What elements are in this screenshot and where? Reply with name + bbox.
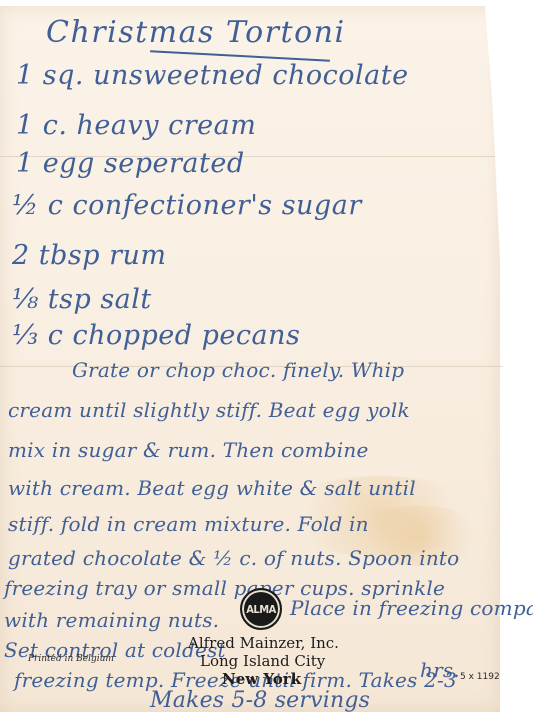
- imprint-city: Long Island City: [200, 654, 325, 669]
- ingredient-item: ⅛ tsp salt: [12, 286, 152, 313]
- instruction-line: mix in sugar & rum. Then combine: [8, 440, 369, 460]
- instruction-line: with cream. Beat egg white & salt until: [8, 478, 416, 498]
- ingredient-item: 1 sq. unsweetned chocolate: [16, 62, 409, 89]
- imprint-company: Alfred Mainzer, Inc.: [188, 636, 339, 651]
- servings-note: Makes 5-8 servings: [150, 690, 370, 712]
- imprint-state: New York: [222, 672, 301, 687]
- instruction-line: freezing tray or small paper cups. sprin…: [4, 578, 445, 598]
- alma-logo: ALMA: [240, 588, 282, 630]
- ingredient-item: ½ c confectioner's sugar: [12, 192, 362, 219]
- instruction-line: grated chocolate & ½ c. of nuts. Spoon i…: [8, 548, 459, 568]
- instruction-line: hrs.: [420, 660, 460, 680]
- ingredient-item: 1 c. heavy cream: [16, 112, 256, 139]
- printed-in-label: Printed in Belgium: [28, 654, 114, 664]
- ingredient-item: 2 tbsp rum: [12, 242, 167, 269]
- instruction-line: with remaining nuts.: [4, 610, 219, 630]
- instruction-line: cream until slightly stiff. Beat egg yol…: [8, 400, 410, 420]
- instruction-line: stiff. fold in cream mixture. Fold in: [8, 514, 369, 534]
- stock-number: 5 x 1192: [460, 672, 500, 682]
- ingredient-item: ⅓ c chopped pecans: [12, 322, 300, 349]
- ingredient-item: 1 egg seperated: [16, 150, 245, 177]
- instruction-line: Grate or chop choc. finely. Whip: [72, 360, 404, 380]
- recipe-title: Christmas Tortoni: [46, 18, 346, 48]
- instruction-line: Place in freezing compart: [290, 598, 533, 618]
